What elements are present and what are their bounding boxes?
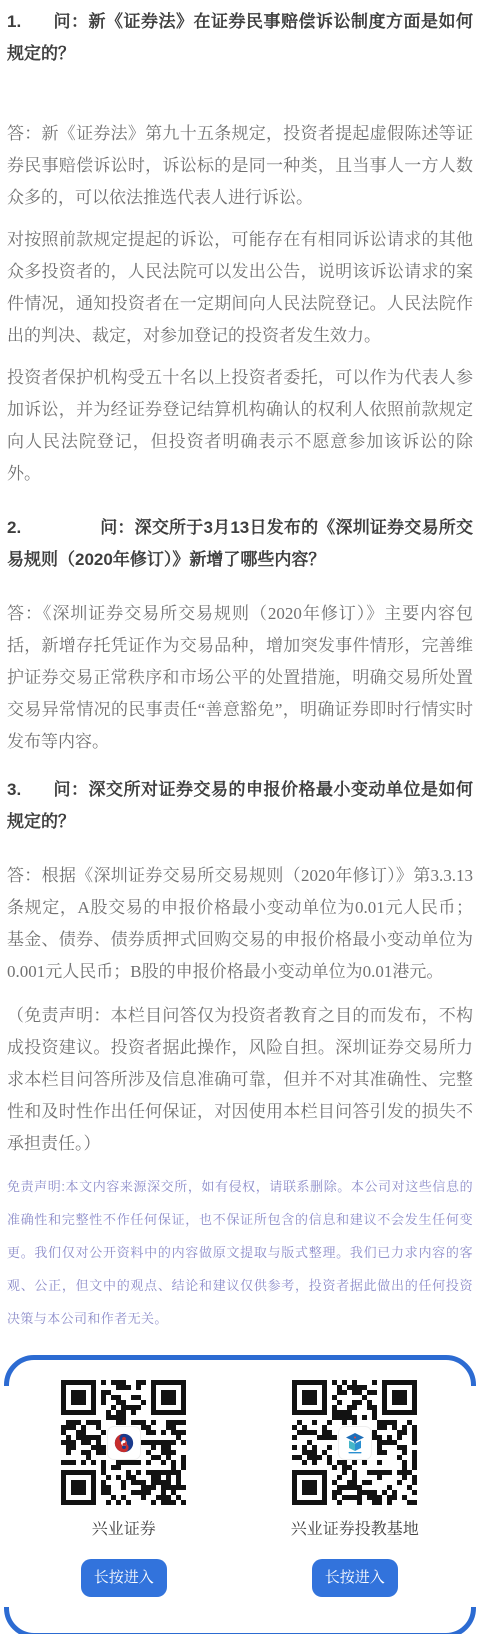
answer-paragraph: 答：根据《深圳证券交易所交易规则（2020年修订）》第3.3.13条规定，A股交… [7, 860, 473, 988]
qrcode-right[interactable] [292, 1380, 417, 1505]
article-content: 1.问：新《证券法》在证券民事赔偿诉讼制度方面是如何规定的？ 答：新《证券法》第… [0, 6, 480, 1335]
question-text: 问：深交所对证券交易的申报价格最小变动单位是如何规定的？ [7, 780, 473, 831]
qa-item-1: 1.问：新《证券法》在证券民事赔偿诉讼制度方面是如何规定的？ 答：新《证券法》第… [7, 6, 473, 490]
qr-column-right: 兴业证券投教基地 长按进入 [291, 1380, 419, 1597]
qr-label-right: 兴业证券投教基地 [291, 1519, 419, 1541]
qa-item-3: 3.问：深交所对证券交易的申报价格最小变动单位是如何规定的？ 答：根据《深圳证券… [7, 774, 473, 988]
company-disclaimer: 免责声明:本文内容来源深交所，如有侵权，请联系删除。本公司对这些信息的准确性和完… [7, 1170, 473, 1335]
enter-button-left[interactable]: 长按进入 [81, 1559, 167, 1597]
question-text: 问：新《证券法》在证券民事赔偿诉讼制度方面是如何规定的？ [7, 12, 473, 63]
answer-paragraph: 投资者保护机构受五十名以上投资者委托，可以作为代表人参加诉讼，并为经证券登记结算… [7, 362, 473, 490]
question-heading-3: 3.问：深交所对证券交易的申报价格最小变动单位是如何规定的？ [7, 774, 473, 838]
answer-paragraph: 答：《深圳证券交易所交易规则（2020年修订）》主要内容包括，新增存托凭证作为交… [7, 598, 473, 758]
answer-paragraph: 答：新《证券法》第九十五条规定，投资者提起虚假陈述等证券民事赔偿诉讼时，诉讼标的… [7, 118, 473, 214]
qr-label-left: 兴业证券 [92, 1519, 156, 1541]
qr-panel: 兴业证券 长按进入 [4, 1355, 476, 1634]
qr-column-left: 兴业证券 长按进入 [61, 1380, 186, 1597]
answer-paragraph: 对按照前款规定提起的诉讼，可能存在有相同诉讼请求的其他众多投资者的，人民法院可以… [7, 224, 473, 352]
qrcode-image [292, 1380, 417, 1505]
question-heading-1: 1.问：新《证券法》在证券民事赔偿诉讼制度方面是如何规定的？ [7, 6, 473, 70]
qrcode-left[interactable] [61, 1380, 186, 1505]
question-number: 1. [7, 6, 53, 38]
question-number: 2. [7, 512, 100, 544]
article-page: 1.问：新《证券法》在证券民事赔偿诉讼制度方面是如何规定的？ 答：新《证券法》第… [0, 0, 480, 1634]
enter-button-right[interactable]: 长按进入 [312, 1559, 398, 1597]
qa-item-2: 2.问：深交所于3月13日发布的《深圳证券交易所交易规则（2020年修订）》新增… [7, 512, 473, 758]
question-heading-2: 2.问：深交所于3月13日发布的《深圳证券交易所交易规则（2020年修订）》新增… [7, 512, 473, 576]
column-disclaimer: （免责声明：本栏目问答仅为投资者教育之目的而发布，不构成投资建议。投资者据此操作… [7, 1000, 473, 1160]
question-number: 3. [7, 774, 53, 806]
qrcode-image [61, 1380, 186, 1505]
